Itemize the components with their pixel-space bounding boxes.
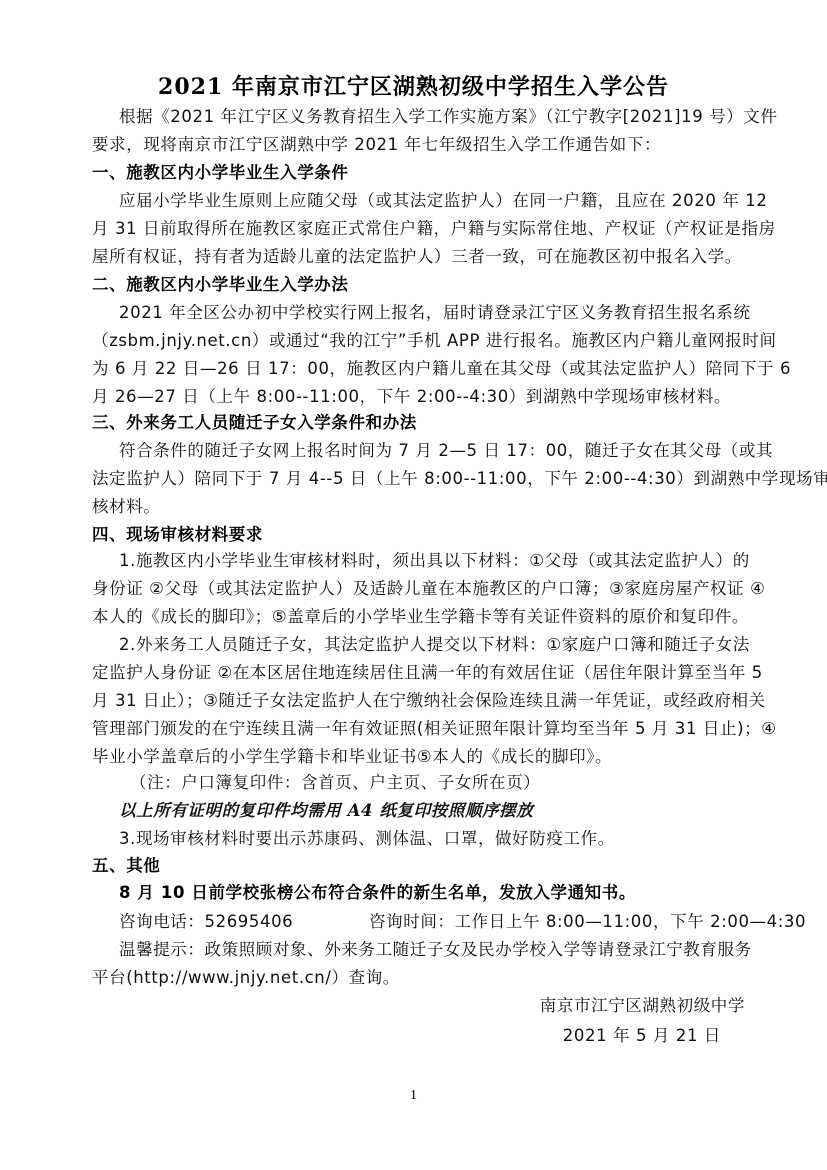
section-heading-1: 一、施教区内小学毕业生入学条件 (92, 159, 742, 187)
paragraph-line: 毕业小学盖章后的小学生学籍卡和毕业证书⑤本人的《成长的脚印》。 (92, 743, 742, 771)
note-line: （注：户口簿复印件：含首页、户主页、子女所在页） (130, 769, 780, 797)
paragraph-line: 3.现场审核材料时要出示苏康码、测体温、口罩，做好防疫工作。 (119, 825, 742, 853)
page-number: 1 (0, 1088, 827, 1104)
document-title: 2021 年南京市江宁区湖熟初级中学招生入学公告 (0, 70, 827, 101)
emphasis-line: 以上所有证明的复印件均需用 A4 纸复印按照顺序摆放 (119, 797, 742, 825)
contact-line: 咨询电话：52695406 咨询时间：工作日上午 8:00—11:00，下午 2… (119, 908, 742, 936)
paragraph-line: 身份证 ②父母（或其法定监护人）及适龄儿童在本施教区的户口簿；③家庭房屋产权证 … (92, 575, 742, 603)
phone-label: 咨询电话：52695406 (119, 912, 293, 931)
paragraph-line: （zsbm.jnjy.net.cn）或通过“我的江宁”手机 APP 进行报名。施… (92, 327, 742, 355)
paragraph-line: 符合条件的随迁子女网上报名时间为 7 月 2—5 日 17：00，随迁子女在其父… (119, 437, 742, 465)
paragraph-line: 本人的《成长的脚印》；⑤盖章后的小学毕业生学籍卡等有关证件资料的原价和复印件。 (92, 603, 742, 631)
paragraph-line: 管理部门颁发的在宁连续且满一年有效证照(相关证照年限计算均至当年 5 月 31 … (92, 715, 742, 743)
signature-org: 南京市江宁区湖熟初级中学 (540, 992, 745, 1020)
tip-line: 温馨提示：政策照顾对象、外来务工随迁子女及民办学校入学等请登录江宁教育服务 (119, 936, 742, 964)
paragraph-line: 1.施教区内小学毕业生审核材料时，须出具以下材料：①父母（或其法定监护人）的 (119, 547, 742, 575)
tip-line: 平台(http://www.jnjy.net.cn/）查询。 (92, 964, 742, 992)
paragraph-line: 月 31 日前取得所在施教区家庭正式常住户籍，户籍与实际常住地、产权证（产权证是… (92, 215, 742, 243)
paragraph-line: 为 6 月 22 日—26 日 17：00，施教区内户籍儿童在其父母（或其法定监… (92, 355, 742, 383)
paragraph-line: 应届小学毕业生原则上应随父母（或其法定监护人）在同一户籍，且应在 2020 年 … (119, 187, 742, 215)
paragraph-line: 屋所有权证，持有者为适龄儿童的法定监护人）三者一致，可在施教区初中报名入学。 (92, 243, 742, 271)
paragraph-line: 核材料。 (92, 493, 742, 521)
section-heading-4: 四、现场审核材料要求 (92, 521, 742, 549)
hours-label: 咨询时间：工作日上午 8:00—11:00，下午 2:00—4:30 (369, 912, 806, 931)
paragraph-line: 2021 年全区公办初中学校实行网上报名，届时请登录江宁区义务教育招生报名系统 (119, 299, 742, 327)
section-heading-5: 五、其他 (92, 852, 742, 880)
paragraph-line: 2.外来务工人员随迁子女，其法定监护人提交以下材料：①家庭户口簿和随迁子女法 (119, 631, 742, 659)
bold-notice-line: 8 月 10 日前学校张榜公布符合条件的新生名单，发放入学通知书。 (119, 879, 742, 907)
paragraph-line: 月 26—27 日（上午 8:00--11:00，下午 2:00--4:30）到… (92, 383, 742, 411)
paragraph-line: 月 31 日止）；③随迁子女法定监护人在宁缴纳社会保险连续且满一年凭证，或经政府… (92, 687, 742, 715)
section-heading-3: 三、外来务工人员随迁子女入学条件和办法 (92, 409, 742, 437)
section-heading-2: 二、施教区内小学毕业生入学办法 (92, 271, 742, 299)
intro-line: 要求，现将南京市江宁区湖熟中学 2021 年七年级招生入学工作通告如下： (92, 131, 742, 159)
paragraph-line: 定监护人身份证 ②在本区居住地连续居住且满一年的有效居住证（居住年限计算至当年 … (92, 659, 742, 687)
signature-date: 2021 年 5 月 21 日 (563, 1022, 721, 1050)
document-page: 2021 年南京市江宁区湖熟初级中学招生入学公告 根据《2021 年江宁区义务教… (0, 0, 827, 1170)
paragraph-line: 法定监护人）陪同下于 7 月 4--5 日（上午 8:00--11:00，下午 … (92, 465, 742, 493)
intro-line: 根据《2021 年江宁区义务教育招生入学工作实施方案》（江宁教字[2021]19… (119, 103, 742, 131)
